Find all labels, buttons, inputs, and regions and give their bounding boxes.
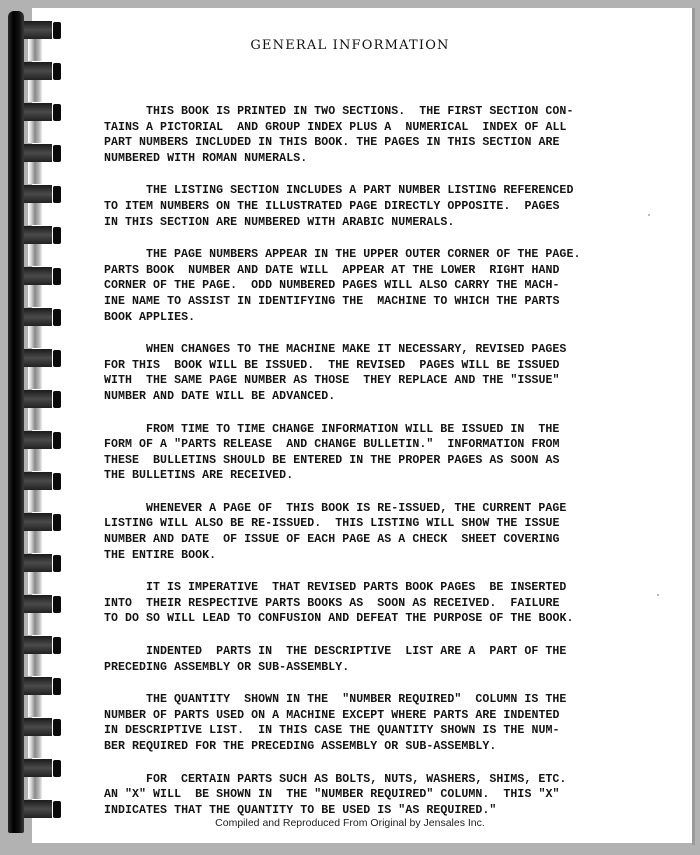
text-line: IN DESCRIPTIVE LIST. IN THIS CASE THE QU… [104,723,644,739]
scan-speck [657,594,659,596]
binding-loop [24,267,62,285]
paragraph: WHENEVER A PAGE OF THIS BOOK IS RE-ISSUE… [104,501,644,563]
text-line: NUMBER AND DATE OF ISSUE OF EACH PAGE AS… [104,532,644,548]
text-line: FOR THIS BOOK WILL BE ISSUED. THE REVISE… [104,358,644,374]
paragraph: THE LISTING SECTION INCLUDES A PART NUMB… [104,183,644,230]
text-line: WITH THE SAME PAGE NUMBER AS THOSE THEY … [104,373,644,389]
binding-loop [24,185,62,203]
text-line: WHENEVER A PAGE OF THIS BOOK IS RE-ISSUE… [104,501,644,517]
text-line: FROM TIME TO TIME CHANGE INFORMATION WIL… [104,422,644,438]
text-line: INDENTED PARTS IN THE DESCRIPTIVE LIST A… [104,644,644,660]
binding-loop [24,144,62,162]
binding-loop [24,800,62,818]
text-line: NUMBERED WITH ROMAN NUMERALS. [104,151,644,167]
paragraph: IT IS IMPERATIVE THAT REVISED PARTS BOOK… [104,580,644,627]
binding-loop [24,677,62,695]
paragraph: WHEN CHANGES TO THE MACHINE MAKE IT NECE… [104,342,644,404]
text-line: BOOK APPLIES. [104,310,644,326]
paragraph: THIS BOOK IS PRINTED IN TWO SECTIONS. TH… [104,104,644,166]
binding-loop [24,226,62,244]
text-line: THESE BULLETINS SHOULD BE ENTERED IN THE… [104,453,644,469]
page-title: GENERAL INFORMATION [0,38,700,53]
binding-loop [24,759,62,777]
binding-loop [24,349,62,367]
text-line: WHEN CHANGES TO THE MACHINE MAKE IT NECE… [104,342,644,358]
comb-binding-loops [0,0,70,855]
text-line: TO ITEM NUMBERS ON THE ILLUSTRATED PAGE … [104,199,644,215]
text-line: AN "X" WILL BE SHOWN IN THE "NUMBER REQU… [104,787,644,803]
binding-loop [24,636,62,654]
text-line: TAINS A PICTORIAL AND GROUP INDEX PLUS A… [104,120,644,136]
binding-loop [24,431,62,449]
document-body: THIS BOOK IS PRINTED IN TWO SECTIONS. TH… [104,104,644,835]
binding-loop [24,62,62,80]
binding-loop [24,718,62,736]
text-line: NUMBER OF PARTS USED ON A MACHINE EXCEPT… [104,708,644,724]
text-line: THE BULLETINS ARE RECEIVED. [104,468,644,484]
text-line: THE LISTING SECTION INCLUDES A PART NUMB… [104,183,644,199]
binding-loop [24,390,62,408]
text-line: THIS BOOK IS PRINTED IN TWO SECTIONS. TH… [104,104,644,120]
binding-loop [24,21,62,39]
text-line: IT IS IMPERATIVE THAT REVISED PARTS BOOK… [104,580,644,596]
text-line: FORM OF A "PARTS RELEASE AND CHANGE BULL… [104,437,644,453]
text-line: FOR CERTAIN PARTS SUCH AS BOLTS, NUTS, W… [104,772,644,788]
text-line: NUMBER AND DATE WILL BE ADVANCED. [104,389,644,405]
text-line: CORNER OF THE PAGE. ODD NUMBERED PAGES W… [104,278,644,294]
text-line: PRECEDING ASSEMBLY OR SUB-ASSEMBLY. [104,660,644,676]
page-footer: Compiled and Reproduced From Original by… [0,817,700,829]
paragraph: THE QUANTITY SHOWN IN THE "NUMBER REQUIR… [104,692,644,754]
text-line: LISTING WILL ALSO BE RE-ISSUED. THIS LIS… [104,516,644,532]
text-line: IN THIS SECTION ARE NUMBERED WITH ARABIC… [104,215,644,231]
text-line: PART NUMBERS INCLUDED IN THIS BOOK. THE … [104,135,644,151]
binding-loop [24,308,62,326]
text-line: INE NAME TO ASSIST IN IDENTIFYING THE MA… [104,294,644,310]
text-line: PARTS BOOK NUMBER AND DATE WILL APPEAR A… [104,263,644,279]
text-line: THE QUANTITY SHOWN IN THE "NUMBER REQUIR… [104,692,644,708]
text-line: THE ENTIRE BOOK. [104,548,644,564]
text-line: INTO THEIR RESPECTIVE PARTS BOOKS AS SOO… [104,596,644,612]
binding-loop [24,554,62,572]
paragraph: FOR CERTAIN PARTS SUCH AS BOLTS, NUTS, W… [104,772,644,819]
text-line: THE PAGE NUMBERS APPEAR IN THE UPPER OUT… [104,247,644,263]
scan-speck [648,214,650,216]
paragraph: FROM TIME TO TIME CHANGE INFORMATION WIL… [104,422,644,484]
page-edge-shadow [692,8,695,845]
paragraph: THE PAGE NUMBERS APPEAR IN THE UPPER OUT… [104,247,644,325]
binding-loop [24,513,62,531]
binding-loop [24,472,62,490]
paragraph: INDENTED PARTS IN THE DESCRIPTIVE LIST A… [104,644,644,675]
text-line: BER REQUIRED FOR THE PRECEDING ASSEMBLY … [104,739,644,755]
text-line: TO DO SO WILL LEAD TO CONFUSION AND DEFE… [104,611,644,627]
binding-loop [24,595,62,613]
binding-loop [24,103,62,121]
